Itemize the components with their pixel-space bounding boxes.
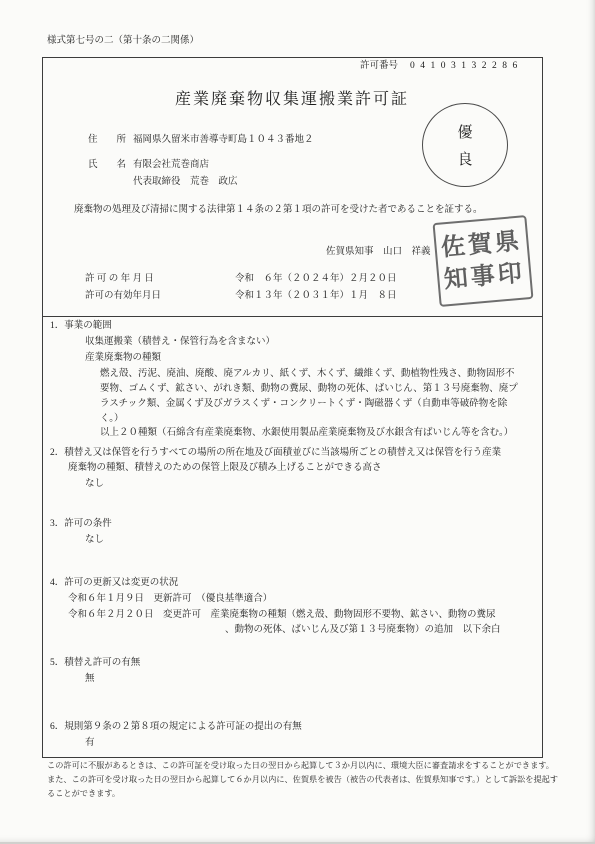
form-number-label: 様式第七号の二（第十条の二関係） xyxy=(47,36,199,48)
section-4-heading: 4． 許可の更新又は変更の状況 xyxy=(50,578,178,590)
section-1-line: 燃え殻、汚泥、廃油、廃酸、廃アルカリ、紙くず、木くず、繊維くず、動植物性残さ、動… xyxy=(100,369,515,381)
section-2-heading: 2． 積替え又は保管を行うすべての場所の所在地及び面積並びに当該場所ごとの積替え… xyxy=(50,448,501,460)
address-value: 福岡県久留米市善導寺町島１０４３番地２ xyxy=(133,135,314,147)
section-1-line: 産業廃棄物の種類 xyxy=(85,353,161,365)
name-label: 氏 名 xyxy=(88,160,126,172)
governor-seal-stamp: 佐賀県 知事印 xyxy=(433,215,534,307)
grant-date-value: 令和 ６年（２０２４年）２月２０日 xyxy=(235,274,397,286)
section-3-number: 3． xyxy=(50,519,64,531)
seal-text-row2: 知事印 xyxy=(443,257,527,296)
section-6-answer: 有 xyxy=(85,738,95,750)
permit-number: 許可番号 04103132286 xyxy=(360,61,523,73)
section-1-heading: 1． 事業の範囲 xyxy=(50,321,112,333)
valid-date-value: 令和１３年（２０３１年）１月 ８日 xyxy=(235,291,397,303)
section-1-title: 事業の範囲 xyxy=(64,321,112,333)
section-divider-line xyxy=(42,316,542,317)
permit-document-page: 様式第七号の二（第十条の二関係） 許可番号 04103132286 産業廃棄物収… xyxy=(0,0,595,844)
section-4-number: 4． xyxy=(50,578,64,590)
certification-text: 廃棄物の処理及び清掃に関する法律第１４条の２第１項の許可を受けた者であることを証… xyxy=(74,205,483,217)
section-6-number: 6． xyxy=(50,722,64,734)
valid-date-label: 許可の有効年月日 xyxy=(85,291,161,303)
excellent-badge-top-char: 優 xyxy=(457,121,472,142)
permit-number-value: 04103132286 xyxy=(410,61,523,73)
section-1-line: 以上２０種類（石綿含有産業廃棄物、水銀使用製品産業廃棄物及び水銀含有ばいじん等を… xyxy=(100,428,513,440)
section-4-line: 令和６年１月９日 更新許可 （優良基準適合） xyxy=(68,594,272,606)
section-1-number: 1． xyxy=(50,321,64,333)
company-name: 有限会社荒巻商店 xyxy=(133,160,209,172)
excellent-badge: 優 良 xyxy=(422,103,508,187)
section-1-line: 収集運搬業（積替え・保管行為を含まない） xyxy=(85,337,275,349)
section-5-heading: 5． 積替え許可の有無 xyxy=(50,658,140,670)
footer-note-line: この許可に不服があるときは、この許可証を受け取った日の翌日から起算して３か月以内… xyxy=(47,761,554,771)
section-2-title-continued: 廃棄物の種類、積替えのための保管上限及び積み上げることができる高さ xyxy=(68,463,382,475)
section-5-title: 積替え許可の有無 xyxy=(64,658,140,670)
section-5-answer: 無 xyxy=(85,674,95,686)
section-6-title: 規則第９条の２第８項の規定による許可証の提出の有無 xyxy=(64,722,302,734)
section-6-heading: 6． 規則第９条の２第８項の規定による許可証の提出の有無 xyxy=(50,722,302,734)
address-label: 住 所 xyxy=(88,135,126,147)
grant-date-label: 許 可 の 年 月 日 xyxy=(85,274,154,286)
section-1-line: く。） xyxy=(100,414,124,426)
permit-number-label: 許可番号 xyxy=(360,61,398,73)
governor-signature: 佐賀県知事 山口 祥義 xyxy=(326,247,431,259)
section-1-line: ラスチック類、金属くず及びガラスくず・コンクリートくず・陶磁器くず（自動車等破砕… xyxy=(100,399,507,411)
section-4-line: 令和６年２月２０日 変更許可 産業廃棄物の種類（燃え殻、動物固形不要物、鉱さい、… xyxy=(68,610,496,622)
footer-note-line: ることができます。 xyxy=(47,789,120,799)
section-3-answer: なし xyxy=(85,535,104,547)
excellent-badge-bottom-char: 良 xyxy=(457,148,472,169)
section-1-line: 要物、ゴムくず、鉱さい、がれき類、動物の糞尿、動物の死体、ばいじん、第１３号廃棄… xyxy=(100,384,518,396)
section-4-title: 許可の更新又は変更の状況 xyxy=(64,578,178,590)
section-2-title: 積替え又は保管を行うすべての場所の所在地及び面積並びに当該場所ごとの積替え又は保… xyxy=(64,448,501,460)
section-2-answer: なし xyxy=(85,479,104,491)
section-5-number: 5． xyxy=(50,658,64,670)
representative-name: 代表取締役 荒巻 政広 xyxy=(133,177,238,189)
section-3-title: 許可の条件 xyxy=(64,519,112,531)
section-3-heading: 3． 許可の条件 xyxy=(50,519,112,531)
section-4-line: 、動物の死体、ばいじん及び第１３号廃棄物）の追加 以下余白 xyxy=(225,625,501,637)
section-2-number: 2． xyxy=(50,448,64,460)
footer-note-line: また、この許可を受け取った日の翌日から起算して６か月以内に、佐賀県を被告（被告の… xyxy=(47,775,558,785)
